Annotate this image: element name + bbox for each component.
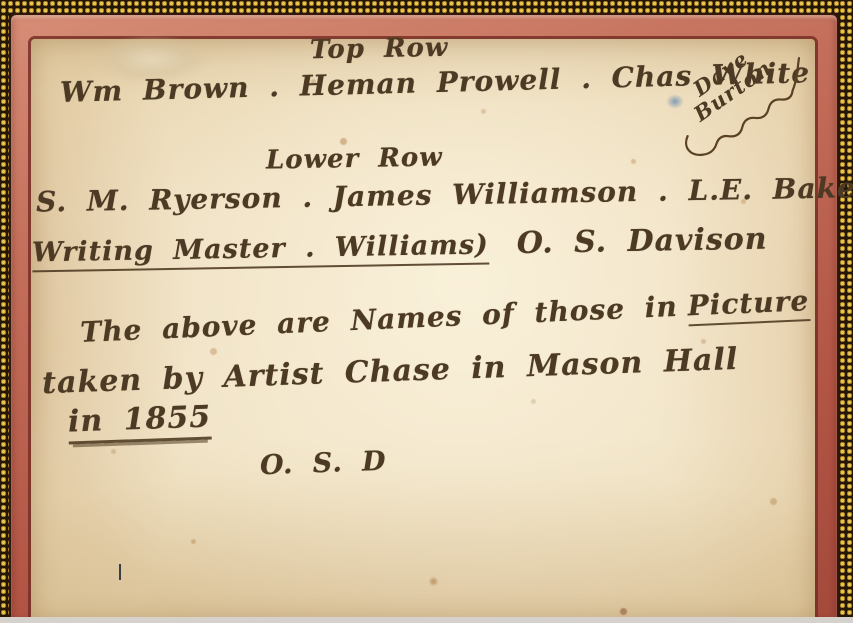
lower-row-heading: Lower Row — [266, 142, 443, 175]
photo-of-case-inscription: Top Row Wm Brown . Heman Prowell . Chas … — [0, 0, 853, 623]
writing-master-underlined: Writing Master . Williams) — [32, 229, 489, 272]
handwritten-inscription: Top Row Wm Brown . Heman Prowell . Chas … — [0, 0, 853, 623]
note-line1-text: The above are Names of those in — [80, 290, 679, 349]
blue-ink-blot — [666, 94, 684, 109]
davison-name: O. S. Davison — [516, 222, 767, 261]
cursor-mark — [119, 564, 121, 580]
note-year-underlined: in 1855 — [67, 400, 211, 445]
photo-bottom-edge — [0, 617, 853, 623]
note-picture-underlined: Picture — [687, 284, 810, 326]
note-line2: taken by Artist Chase in Mason Hall — [42, 342, 739, 401]
top-row-heading: Top Row — [310, 33, 449, 65]
writing-master-line: Writing Master . Williams)O. S. Davison — [32, 222, 768, 270]
writer-initials: O. S. D — [259, 446, 387, 481]
lower-row-names: S. M. Ryerson . James Williamson . L.E. … — [36, 170, 853, 218]
note-line1: The above are Names of those inPicture — [80, 284, 810, 349]
note-line3: in 1855 — [67, 400, 211, 440]
